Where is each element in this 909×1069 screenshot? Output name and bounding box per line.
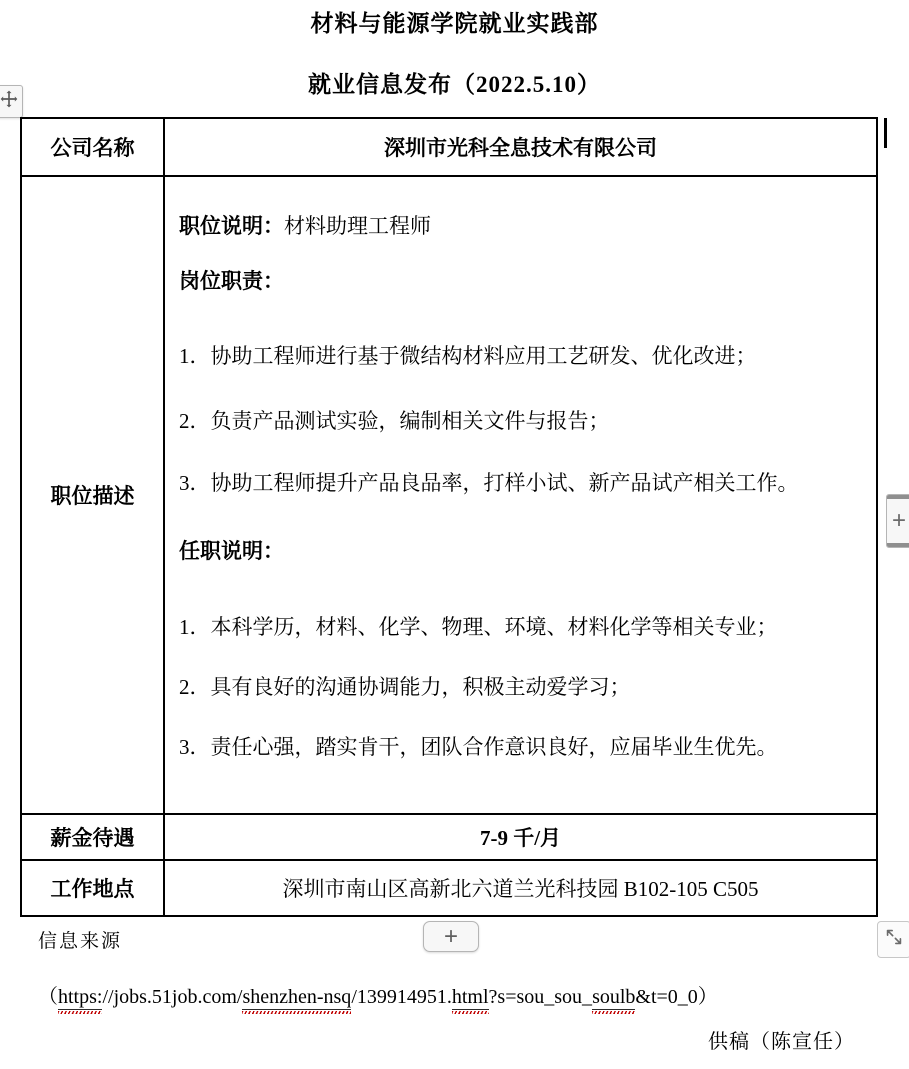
url-segment-misspelled: soulb — [592, 986, 635, 1008]
url-segment-misspelled: shenzhen-nsq — [242, 986, 351, 1008]
salary-value-cell: 7-9 千/月 — [165, 815, 876, 859]
table-resize-handle[interactable] — [877, 921, 909, 958]
duties-heading: 岗位职责： — [179, 266, 868, 296]
url-segment: //jobs.51job.com/ — [102, 986, 242, 1008]
table-row-end-marker — [884, 118, 887, 148]
duty-item: 3．协助工程师提升产品良品率，打样小试、新产品试产相关工作。 — [179, 468, 868, 498]
add-row-button[interactable]: + — [423, 921, 479, 952]
position-value: 材料助理工程师 — [284, 214, 431, 238]
url-segment: /139914951. — [351, 986, 452, 1008]
duty-item: 2．负责产品测试实验，编制相关文件与报告； — [179, 406, 868, 436]
requirement-item: 3．责任心强，踏实肯干，团队合作意识良好，应届毕业生优先。 — [179, 732, 868, 762]
requirements-heading: 任职说明： — [179, 536, 868, 566]
job-table: 公司名称 深圳市光科全息技术有限公司 职位描述 职位说明：材料助理工程师 岗位职… — [20, 117, 878, 917]
plus-icon: + — [892, 509, 906, 533]
scrollbar-end-cap — [887, 543, 909, 547]
move-icon — [0, 89, 19, 114]
page-title: 材料与能源学院就业实践部 — [0, 9, 909, 39]
requirement-item: 1．本科学历，材料、化学、物理、环境、材料化学等相关专业； — [179, 612, 868, 642]
table-row-company: 公司名称 深圳市光科全息技术有限公司 — [22, 119, 876, 175]
plus-icon: + — [444, 925, 458, 949]
url-segment: ?s=sou_sou_ — [489, 986, 593, 1008]
company-value-cell: 深圳市光科全息技术有限公司 — [165, 119, 876, 175]
scrollbar-end-cap — [887, 495, 909, 499]
description-content-cell: 职位说明：材料助理工程师 岗位职责： 1．协助工程师进行基于微结构材料应用工艺研… — [165, 177, 876, 813]
url-segment: （ — [38, 986, 58, 1008]
table-move-handle[interactable] — [0, 85, 23, 118]
company-label-cell: 公司名称 — [22, 119, 165, 175]
source-label: 信息来源 — [38, 928, 122, 956]
position-line: 职位说明：材料助理工程师 — [179, 211, 868, 241]
table-row-description: 职位描述 职位说明：材料助理工程师 岗位职责： 1．协助工程师进行基于微结构材料… — [22, 175, 876, 813]
url-segment-misspelled: https: — [58, 986, 102, 1008]
position-label: 职位说明： — [179, 214, 284, 238]
source-url: （https://jobs.51job.com/shenzhen-nsq/139… — [38, 983, 718, 1011]
url-segment-misspelled: html — [452, 986, 489, 1008]
side-add-button[interactable]: + — [886, 494, 909, 548]
table-row-location: 工作地点 深圳市南山区高新北六道兰光科技园 B102-105 C505 — [22, 859, 876, 915]
salary-label-cell: 薪金待遇 — [22, 815, 165, 859]
url-segment: &t=0_0） — [635, 986, 717, 1008]
table-row-salary: 薪金待遇 7-9 千/月 — [22, 813, 876, 859]
location-value-cell: 深圳市南山区高新北六道兰光科技园 B102-105 C505 — [165, 861, 876, 915]
page-subtitle: 就业信息发布（2022.5.10） — [0, 70, 909, 100]
requirement-item: 2．具有良好的沟通协调能力，积极主动爱学习； — [179, 672, 868, 702]
duty-item: 1．协助工程师进行基于微结构材料应用工艺研发、优化改进； — [179, 341, 868, 371]
byline: 供稿（陈宣任） — [708, 1028, 855, 1056]
resize-diagonal-icon — [883, 926, 905, 953]
location-label-cell: 工作地点 — [22, 861, 165, 915]
description-label-cell: 职位描述 — [22, 177, 165, 813]
